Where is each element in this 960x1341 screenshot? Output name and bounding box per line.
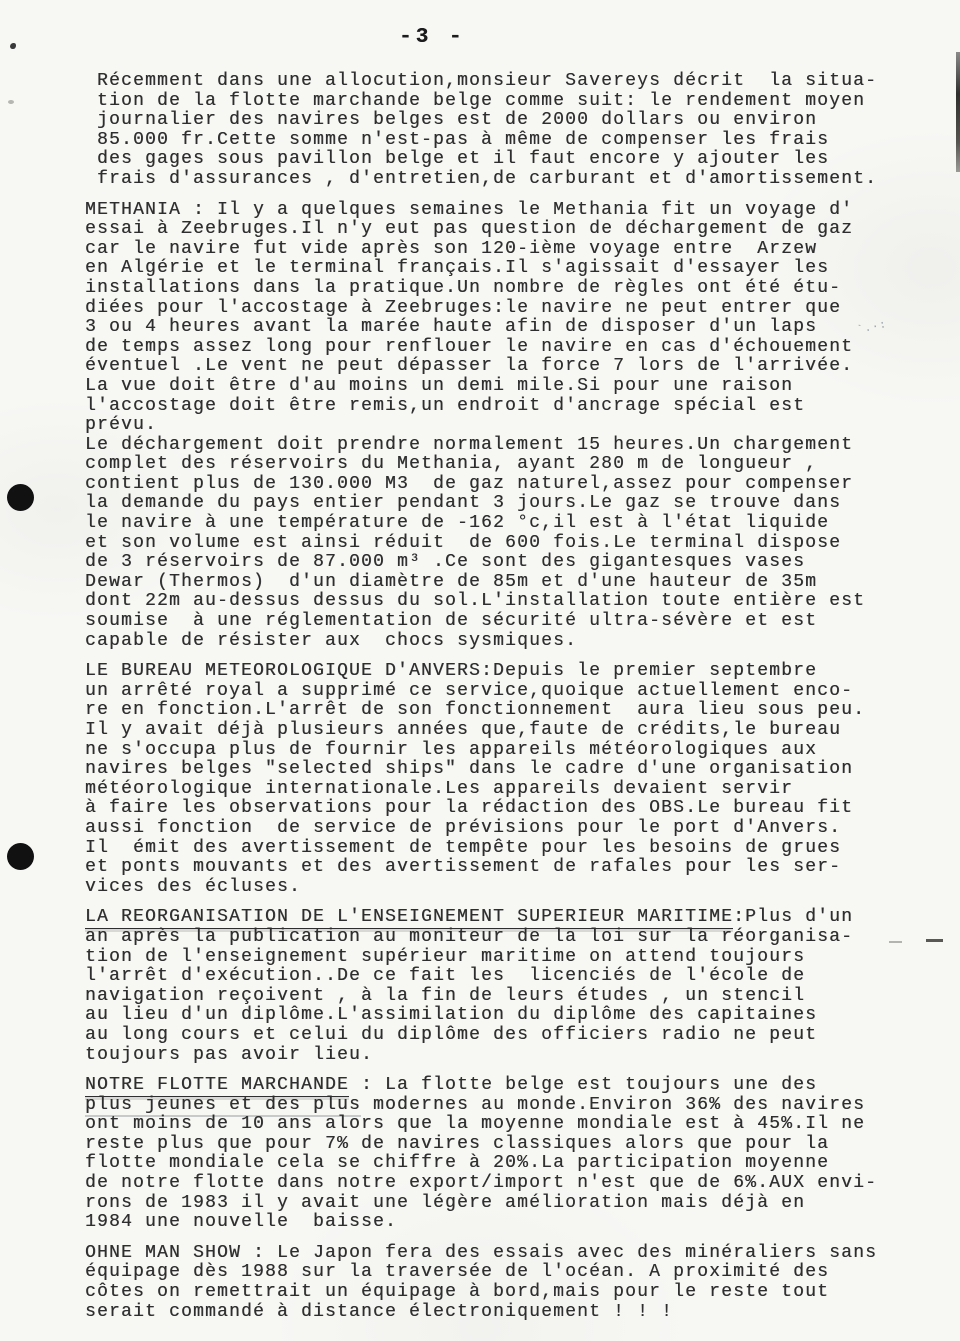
text-line: journalier des navires belges est de 200… xyxy=(97,111,915,131)
text-line: ne s'occupa plus de fournir les appareil… xyxy=(85,741,915,761)
hole-punch-mark-top xyxy=(7,484,34,511)
text-line: au lieu d'un diplôme.L'assimilation du d… xyxy=(85,1006,915,1026)
text-line: de 3 réservoirs de 87.000 m³ .Ce sont de… xyxy=(85,553,915,573)
text-line: Il y avait déjà plusieurs années que,fau… xyxy=(85,721,915,741)
paragraph-intro: Récemment dans une allocution,monsieur S… xyxy=(85,72,915,190)
text-line: soumise à une réglementation de sécurité… xyxy=(85,612,915,632)
text-line: en Algérie et le terminal français.Il s'… xyxy=(85,259,915,279)
text-line: an après la publication au moniteur de l… xyxy=(85,928,915,948)
heading-line-rest: :Plus d'un xyxy=(733,907,853,927)
text-line: capable de résister aux chocs sysmiques. xyxy=(85,632,915,652)
text-line: diées pour l'accostage à Zeebruges:le na… xyxy=(85,299,915,319)
text-line: ont moins de 10 ans alors que la moyenne… xyxy=(85,1115,915,1135)
scan-speck-icon xyxy=(10,43,16,49)
text-line: de temps assez long pour renflouer le na… xyxy=(85,338,915,358)
text-line: côtes on remettrait un équipage à bord,m… xyxy=(85,1283,915,1303)
text-line: LA REORGANISATION DE L'ENSEIGNEMENT SUPE… xyxy=(85,908,915,928)
text-line: 85.000 fr.Cette somme n'est-pas à même d… xyxy=(97,131,915,151)
paragraph-reorganisation-enseignement: LA REORGANISATION DE L'ENSEIGNEMENT SUPE… xyxy=(85,908,915,1065)
text-line: frais d'assurances , d'entretien,de carb… xyxy=(97,170,915,190)
paragraph-ohne-man-show: OHNE MAN SHOW : Le Japon fera des essais… xyxy=(85,1244,915,1322)
text-line: installations dans la pratique.Un nombre… xyxy=(85,279,915,299)
text-line: navires belges "selected ships" dans le … xyxy=(85,760,915,780)
paragraph-notre-flotte-marchande: NOTRE FLOTTE MARCHANDE : La flotte belge… xyxy=(85,1076,915,1233)
heading-line-rest: : La flotte belge est toujours une des xyxy=(349,1075,817,1095)
text-line: La vue doit être d'au moins un demi mile… xyxy=(85,377,915,397)
text-line: serait commandé à distance électroniquem… xyxy=(85,1303,915,1323)
pencil-dash-mark xyxy=(889,941,902,943)
text-line: prévu. xyxy=(85,416,915,436)
text-line: rons de 1983 il y avait une légère améli… xyxy=(85,1194,915,1214)
text-line: aussi fonction de service de prévisions … xyxy=(85,819,915,839)
text-line: Récemment dans une allocution,monsieur S… xyxy=(97,72,915,92)
text-line: Dewar (Thermos) d'un diamètre de 85m et … xyxy=(85,573,915,593)
text-line: plus jeunes et des plus modernes au mond… xyxy=(85,1096,915,1116)
section-heading: NOTRE FLOTTE MARCHANDE xyxy=(85,1075,349,1097)
text-line: au long cours et celui du diplôme des of… xyxy=(85,1026,915,1046)
text-line: complet des réservoirs du Methania, ayan… xyxy=(85,455,915,475)
text-line: l'accostage doit être remis,un endroit d… xyxy=(85,397,915,417)
text-line: un arrêté royal a supprimé ce service,qu… xyxy=(85,682,915,702)
text-line: navigation reçoivent , à la fin de leurs… xyxy=(85,987,915,1007)
text-line: car le navire fut vide après son 120-ièm… xyxy=(85,240,915,260)
text-line: et ponts mouvants et des avertissement d… xyxy=(85,858,915,878)
text-line: LE BUREAU METEOROLOGIQUE D'ANVERS:Depuis… xyxy=(85,662,915,682)
pencil-dash-mark xyxy=(926,939,943,942)
text-line: reste plus que pour 7% de navires classi… xyxy=(85,1135,915,1155)
text-line: la demande du pays entier pendant 3 jour… xyxy=(85,494,915,514)
text-line: dont 22m au-dessus dessus du sol.L'insta… xyxy=(85,592,915,612)
text-line: tion de la flotte marchande belge comme … xyxy=(97,92,915,112)
text-line: Le déchargement doit prendre normalement… xyxy=(85,436,915,456)
paragraph-bureau-meteorologique: LE BUREAU METEOROLOGIQUE D'ANVERS:Depuis… xyxy=(85,662,915,897)
text-line: toujours pas avoir lieu. xyxy=(85,1046,915,1066)
text-line: tion de l'enseignement supérieur maritim… xyxy=(85,948,915,968)
text-line: de notre flotte dans notre export/import… xyxy=(85,1174,915,1194)
line-rest: modernes au monde.Environ 36% des navire… xyxy=(361,1095,865,1115)
text-line: à faire les observations pour la rédacti… xyxy=(85,799,915,819)
scan-edge-mark xyxy=(956,52,960,172)
text-line: le navire à une température de -162 °c,i… xyxy=(85,514,915,534)
text-line: vices des écluses. xyxy=(85,878,915,898)
text-line: OHNE MAN SHOW : Le Japon fera des essais… xyxy=(85,1244,915,1264)
hole-punch-mark-bottom xyxy=(7,843,34,870)
document-body: Récemment dans une allocution,monsieur S… xyxy=(85,72,915,1322)
page-number: -3 - xyxy=(399,26,465,49)
text-line: 1984 une nouvelle baisse. xyxy=(85,1213,915,1233)
text-line: essai à Zeebruges.Il n'y eut pas questio… xyxy=(85,220,915,240)
text-line: NOTRE FLOTTE MARCHANDE : La flotte belge… xyxy=(85,1076,915,1096)
text-line: 3 ou 4 heures avant la marée haute afin … xyxy=(85,318,915,338)
text-line: l'arrêt d'exécution..De ce fait les lice… xyxy=(85,967,915,987)
text-line: re en fonction.L'arrêt de son fonctionne… xyxy=(85,701,915,721)
text-line: équipage dès 1988 sur la traversée de l'… xyxy=(85,1263,915,1283)
text-line: météorologique internationale.Les appare… xyxy=(85,780,915,800)
text-line: et son volume est ainsi réduit de 600 fo… xyxy=(85,534,915,554)
text-line: Il émit des avertissement de tempête pou… xyxy=(85,839,915,859)
text-line: flotte mondiale cela se chiffre à 20%.La… xyxy=(85,1154,915,1174)
text-line: contient plus de 130.000 M3 de gaz natur… xyxy=(85,475,915,495)
scan-speck-icon xyxy=(8,100,14,104)
text-line: METHANIA : Il y a quelques semaines le M… xyxy=(85,201,915,221)
text-line: éventuel .Le vent ne peut dépasser la fo… xyxy=(85,357,915,377)
paragraph-methania: METHANIA : Il y a quelques semaines le M… xyxy=(85,201,915,652)
text-line: des gages sous pavillon belge et il faut… xyxy=(97,150,915,170)
